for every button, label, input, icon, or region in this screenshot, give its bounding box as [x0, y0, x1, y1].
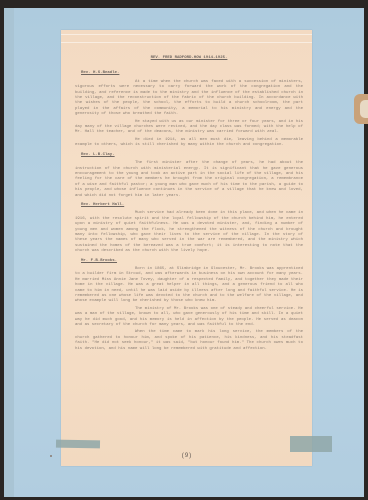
paragraph: Much service had already been done in th… [75, 211, 303, 254]
paragraph: When the time came to mark his long serv… [75, 330, 303, 352]
section-3: Rev. Herbert Hall. Much service had alre… [75, 203, 303, 255]
tape-bottom-left [56, 440, 100, 449]
document-title: REV. FRED RADFORD-HOW 1914-1925. [75, 56, 303, 61]
section-heading: Mr. F.B.Brooks. [81, 259, 303, 264]
section-heading: Rev. Herbert Hall. [81, 203, 303, 208]
section-heading: Rev. L.B.Clay. [81, 153, 303, 158]
paper-crease [61, 34, 312, 35]
paragraph: He died in 1914, as all men must die, le… [75, 138, 303, 149]
paper-crease [61, 42, 312, 43]
board-left-edge [4, 8, 14, 498]
paragraph: The first minister after the change of y… [75, 161, 303, 199]
paragraph: At a time when the church was faced with… [75, 80, 303, 118]
document-page: REV. FRED RADFORD-HOW 1914-1925. Rev. H.… [61, 30, 312, 466]
section-4: Mr. F.B.Brooks. Born in 1865, at Slimbri… [75, 259, 303, 353]
paragraph: He stayed with us as our minister for th… [75, 120, 303, 136]
tape-bottom-right [290, 436, 332, 452]
board-mark [50, 455, 52, 457]
section-heading: Rev. H.S.Beadle. [81, 71, 303, 76]
paragraph: Born in 1865, at Slimbridge in Glouceste… [75, 267, 303, 305]
scan-top-border [0, 0, 368, 8]
paragraph: The ministry of Mr. Brooks was one of st… [75, 307, 303, 329]
binder-clip-hole [360, 100, 368, 118]
document-body: REV. FRED RADFORD-HOW 1914-1925. Rev. H.… [75, 56, 303, 354]
page-number: (9) [61, 452, 312, 459]
section-1: Rev. H.S.Beadle. At a time when the chur… [75, 71, 303, 148]
section-2: Rev. L.B.Clay. The first minister after … [75, 153, 303, 199]
